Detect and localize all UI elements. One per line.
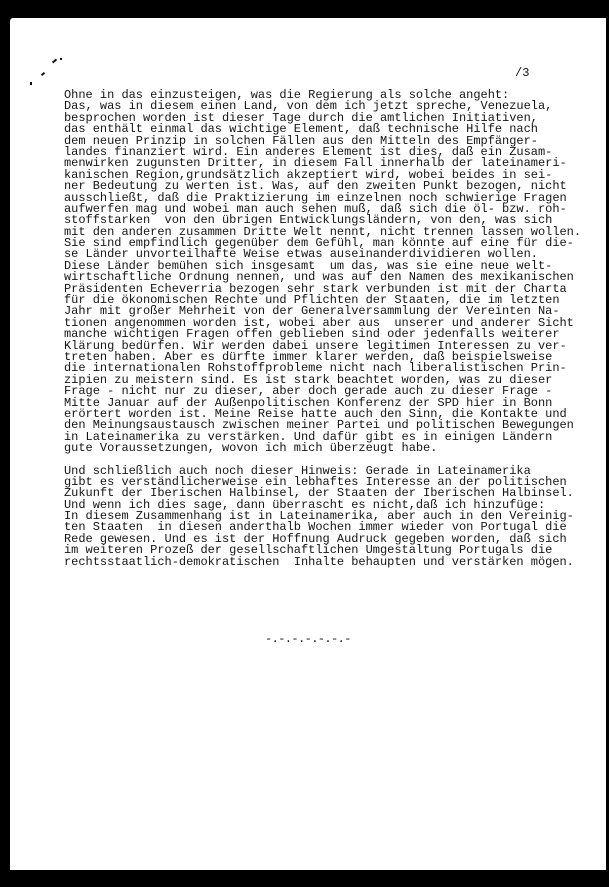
paragraph: Ohne in das einzusteigen, was die Regier…: [64, 90, 604, 455]
end-separator: -.-.-.-.-.-.-: [265, 632, 351, 646]
paragraph: Und schließlich auch noch dieser Hinweis…: [64, 466, 604, 569]
document-body: Ohne in das einzusteigen, was die Regier…: [64, 90, 604, 568]
scan-artifact-mark: [52, 59, 57, 64]
scan-artifact-mark: [41, 72, 45, 76]
scan-artifact-mark: [30, 82, 32, 85]
scan-artifact-mark: [60, 58, 62, 60]
text-line: rechtsstaatlich-demokratischen Inhalte b…: [64, 557, 604, 568]
page-number: /3: [515, 66, 529, 80]
text-line: gute Voraussetzungen, wovon ich mich übe…: [64, 443, 604, 454]
